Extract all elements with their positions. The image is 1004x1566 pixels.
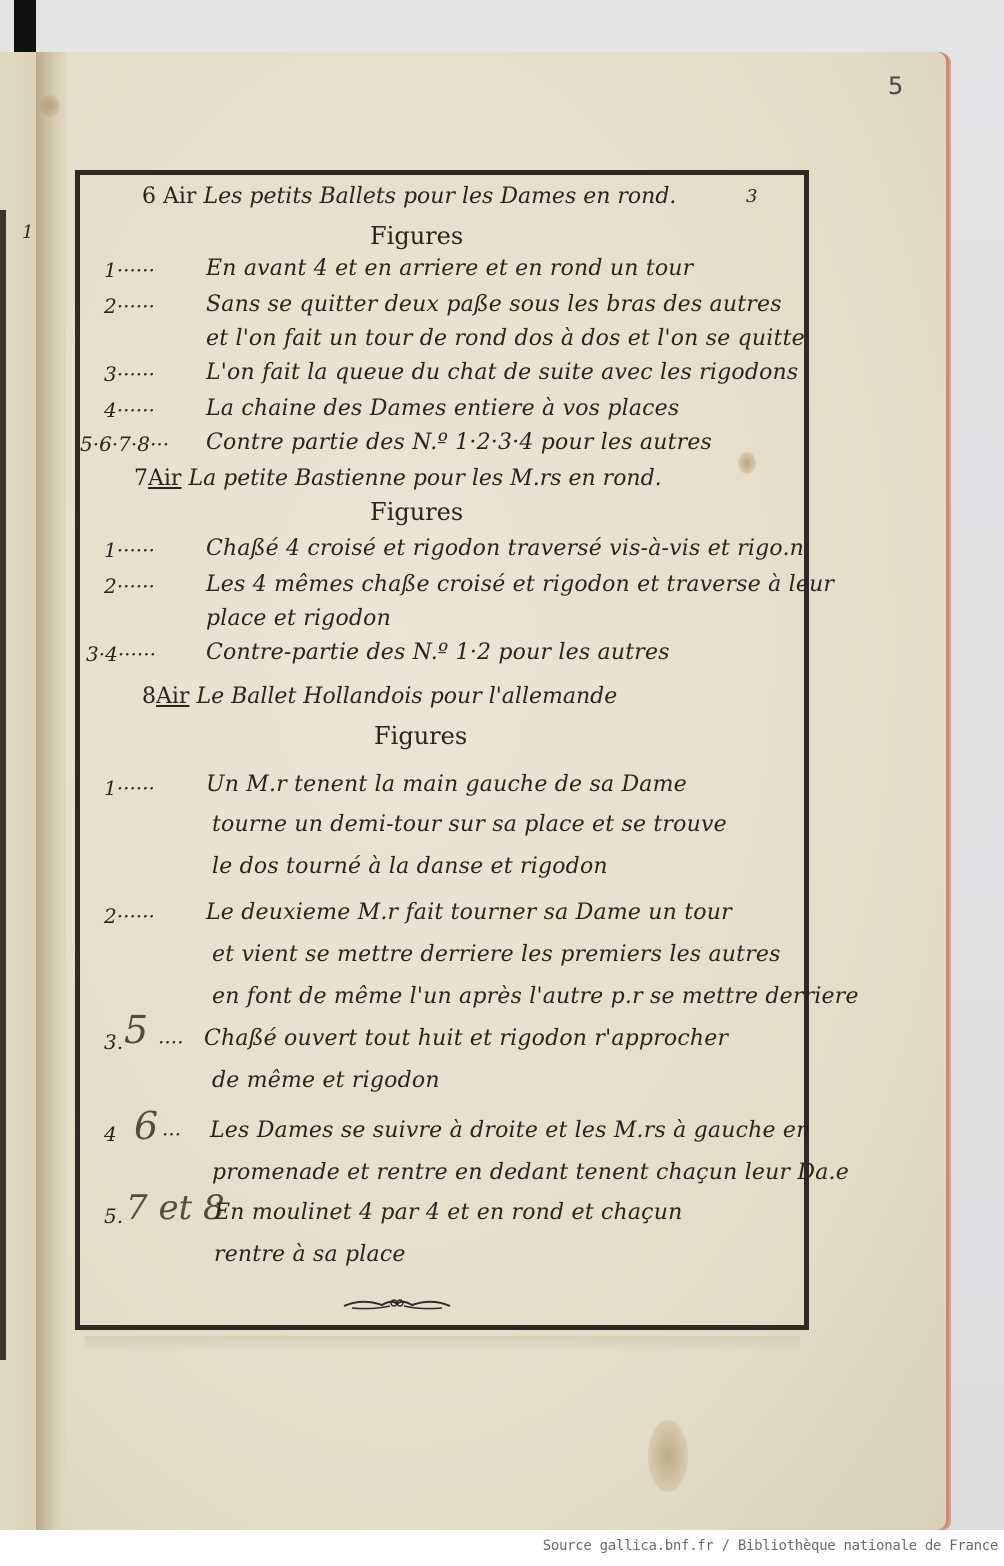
figure-number: 5. [104,1204,123,1228]
leader-dots: ··· [162,1122,181,1146]
figure-text: Les 4 mêmes chaße croisé et rigodon et t… [206,572,834,597]
figure-text: Chaßé ouvert tout huit et rigodon r'appr… [204,1026,728,1051]
air-label: Air [148,466,181,491]
figure-number: 2······ [104,574,155,598]
figure-text: En moulinet 4 par 4 et en rond et chaçun [214,1200,682,1225]
figures-heading: Figures [370,498,463,526]
air-label: Air [163,184,196,209]
figure-text: rentre à sa place [214,1242,406,1267]
figure-text: Les Dames se suivre à droite et les M.rs… [210,1118,811,1143]
section-title-7: 7Air La petite Bastienne pour les M.rs e… [134,466,662,491]
figure-text: La chaine des Dames entiere à vos places [206,396,679,421]
handwritten-annotation: 6 [134,1104,158,1148]
air-title: Le Ballet Hollandois pour l'allemande [196,684,617,709]
figure-number: 2······ [104,904,155,928]
figure-text: L'on fait la queue du chat de suite avec… [206,360,798,385]
figure-text: le dos tourné à la danse et rigodon [212,854,608,879]
leader-dots: ···· [158,1030,183,1054]
figure-text: Sans se quitter deux paße sous les bras … [206,292,782,317]
figure-number: 4 [104,1122,117,1146]
figure-number: 1······ [104,258,155,282]
figure-text: En avant 4 et en arriere et en rond un t… [206,256,693,281]
handwritten-annotation: 5 [124,1008,148,1052]
figure-text: Contre-partie des N.º 1·2 pour les autre… [206,640,670,665]
air-number: 7 [134,466,148,491]
left-page-number: 1 [22,222,33,243]
figure-text: et vient se mettre derriere les premiers… [212,942,781,967]
source-credit: Source gallica.bnf.fr / Bibliothèque nat… [543,1538,998,1554]
figure-text: place et rigodon [206,606,391,631]
figure-number: 3·4······ [86,642,156,666]
figure-text: Chaßé 4 croisé et rigodon traversé vis-à… [206,536,804,561]
stain [40,95,60,117]
figure-number: 1······ [104,776,155,800]
air-number: 8 [142,684,156,709]
figure-text: tourne un demi-tour sur sa place et se t… [212,812,727,837]
figure-text: et l'on fait un tour de rond dos à dos e… [206,326,805,351]
left-page-fragment: 1 [0,52,37,1530]
figure-text: en font de même l'un après l'autre p.r s… [212,984,859,1009]
stain [648,1420,688,1492]
air-number: 6 [142,184,156,209]
figure-number: 5·6·7·8··· [80,432,169,456]
figure-text: Un M.r tenent la main gauche de sa Dame [206,772,687,797]
air-title: Les petits Ballets pour les Dames en ron… [203,184,676,209]
figure-text: de même et rigodon [212,1068,440,1093]
frame-offset-shadow [85,1336,800,1352]
figure-number: 3······ [104,362,155,386]
handwritten-annotation: 7 et 8 [126,1188,225,1228]
ornament-icon [342,1296,452,1312]
figure-number: 4······ [104,398,155,422]
binding-strip [14,0,36,54]
printed-folio: 3 [746,186,757,207]
figure-number: 3. [104,1030,123,1054]
figure-text: promenade et rentre en dedant tenent cha… [212,1160,849,1185]
left-page-frame-edge [0,210,6,1360]
pencil-page-number: 5 [888,72,903,100]
gutter-shadow [36,52,66,1530]
section-title-8: 8Air Le Ballet Hollandois pour l'alleman… [142,684,617,709]
figures-heading: Figures [374,722,467,750]
section-title-6: 6 Air Les petits Ballets pour les Dames … [142,184,676,209]
figure-number: 1······ [104,538,155,562]
figure-number: 2······ [104,294,155,318]
figure-text: Le deuxieme M.r fait tourner sa Dame un … [206,900,732,925]
figures-heading: Figures [370,222,463,250]
air-label: Air [156,684,189,709]
figure-text: Contre partie des N.º 1·2·3·4 pour les a… [206,430,712,455]
air-title: La petite Bastienne pour les M.rs en ron… [188,466,661,491]
